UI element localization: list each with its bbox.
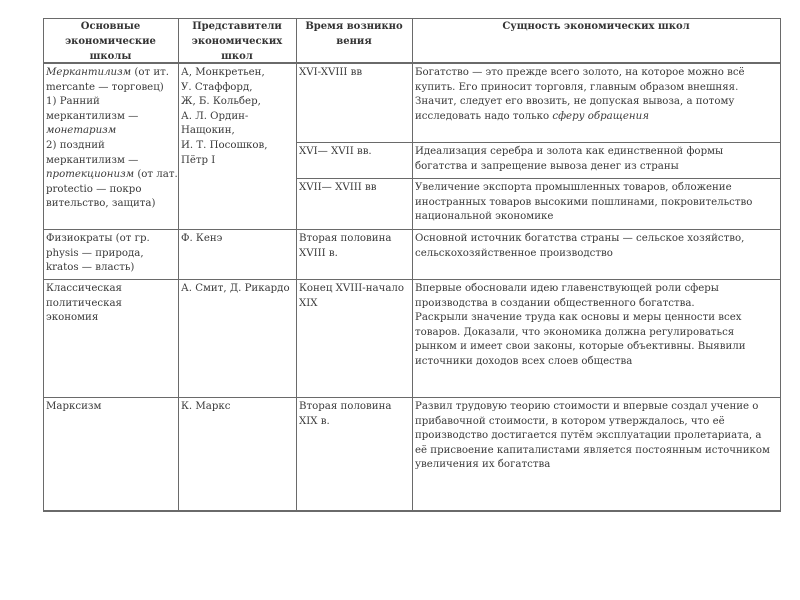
cell-representatives-mercantilism: А, Монкретьен,У. Стаффорд,Ж, Б. Кольбер,… [179, 64, 296, 229]
header-time: Время возникновения [297, 19, 412, 62]
text-line: 2) поздний [46, 139, 175, 154]
text-line: XIX в. [299, 415, 409, 430]
text-line: её присвоение капиталистами является пос… [415, 444, 777, 459]
period-time: XVII— XVIII вв [299, 181, 409, 196]
text-line: политическая [46, 297, 175, 312]
cell-representatives-marxism: К. Маркс [179, 398, 296, 511]
text-line: Время возникно [299, 20, 409, 35]
text-line: Раскрыли значение труда как основы и мер… [415, 311, 777, 326]
cell-representatives-classical: А. Смит, Д. Рикардо [179, 280, 296, 397]
text-line: экономических [181, 35, 293, 50]
header-representatives: Представителиэкономическихшкол [179, 19, 296, 62]
text-line: У. Стаффорд, [181, 81, 293, 96]
cell-time-period: XVI-XVIII вв [297, 64, 412, 142]
text-line: Классическая [46, 282, 175, 297]
cell-essence-marxism: Развил трудовую теорию стоимости и вперв… [413, 398, 780, 511]
text-line: увеличения их богатства [415, 458, 777, 473]
text-line: Сущность экономических школ [415, 20, 777, 35]
cell-school-physiocrats: Физиократы (от гр.physis — природа,krato… [44, 230, 178, 279]
text-line: купить. Его приносит торговля, главным о… [415, 81, 777, 96]
text-line: экономические [46, 35, 175, 50]
cell-essence-physiocrats: Основной источник богатства страны — сел… [413, 230, 780, 279]
text-line: Развил трудовую теорию стоимости и вперв… [415, 400, 777, 415]
period-time: XVI-XVIII вв [299, 66, 409, 81]
text-line: производства в создании общественного бо… [415, 297, 777, 312]
text-line: Меркантилизм (от ит. [46, 66, 175, 81]
text-line: рынком и имеет свои законы, которые объе… [415, 340, 777, 355]
cell-essence-period: Увеличение экспорта промышленных товаров… [413, 179, 780, 229]
text-line: сельскохозяйственное производство [415, 247, 777, 262]
text-line: kratos — власть) [46, 261, 175, 276]
text-line: национальной экономике [415, 210, 777, 225]
text-line: К. Маркс [181, 400, 293, 415]
cell-school-mercantilism: Меркантилизм (от ит.mercante — торговец)… [44, 64, 178, 229]
cell-essence-period: Богатство — это прежде всего золото, на … [413, 64, 780, 142]
cell-time-physiocrats: Вторая половинаXVIII в. [297, 230, 412, 279]
text-line: Ж, Б. Кольбер, [181, 95, 293, 110]
text-line: Вторая половина [299, 232, 409, 247]
header-essence: Сущность экономических школ [413, 19, 780, 62]
cell-time-classical: Конец XVIII-началоXIX [297, 280, 412, 397]
text-line: богатства и запрещение вывоза денег из с… [415, 160, 777, 175]
text-line: меркантилизм — [46, 110, 175, 125]
text-line: Пётр I [181, 154, 293, 169]
cell-essence-period: Идеализация серебра и золота как единств… [413, 143, 780, 178]
text-line: экономия [46, 311, 175, 326]
header-schools: Основныеэкономическиешколы [44, 19, 178, 62]
text-line: Представители [181, 20, 293, 35]
period-time: XVI— XVII вв. [299, 145, 409, 160]
text-line: товаров. Доказали, что экономика должна … [415, 326, 777, 341]
text-line: производство достигается путём эксплуата… [415, 429, 777, 444]
text-line: physis — природа, [46, 247, 175, 262]
cell-school-classical: Классическаяполитическаяэкономия [44, 280, 178, 397]
text-line: А, Монкретьен, [181, 66, 293, 81]
text-line: монетаризм [46, 124, 175, 139]
text-line: XIX [299, 297, 409, 312]
text-line: Ф. Кенэ [181, 232, 293, 247]
text-line: вения [299, 35, 409, 50]
text-line: protectio — покро [46, 183, 175, 198]
text-line: прибавочной стоимости, в котором утвержд… [415, 415, 777, 430]
text-line: исследовать надо только сферу обращения [415, 110, 777, 125]
text-line: XVIII в. [299, 247, 409, 262]
cell-time-marxism: Вторая половинаXIX в. [297, 398, 412, 511]
text-line: иностранных товаров высокими пошлинами, … [415, 196, 777, 211]
text-line: источники доходов всех слоев общества [415, 355, 777, 370]
economic-schools-table: Основныеэкономическиешколы Представители… [43, 18, 781, 512]
text-line: протекционизм (от лат. [46, 168, 175, 183]
text-line: Нащокин, [181, 124, 293, 139]
text-line: Вторая половина [299, 400, 409, 415]
text-line: Основные [46, 20, 175, 35]
cell-time-period: XVI— XVII вв. [297, 143, 412, 178]
text-line: меркантилизм — [46, 154, 175, 169]
text-line: Впервые обосновали идею главенствующей р… [415, 282, 777, 297]
cell-representatives-physiocrats: Ф. Кенэ [179, 230, 296, 279]
text-line: Физиократы (от гр. [46, 232, 175, 247]
cell-essence-classical: Впервые обосновали идею главенствующей р… [413, 280, 780, 397]
text-line: школ [181, 50, 293, 62]
text-line: Конец XVIII-начало [299, 282, 409, 297]
text-line: А. Л. Ордин- [181, 110, 293, 125]
text-line: 1) Ранний [46, 95, 175, 110]
text-line: Богатство — это прежде всего золото, на … [415, 66, 777, 81]
text-line: Основной источник богатства страны — сел… [415, 232, 777, 247]
text-line: вительство, защита) [46, 197, 175, 212]
text-line: Марксизм [46, 400, 175, 415]
cell-school-marxism: Марксизм [44, 398, 178, 511]
text-line: Идеализация серебра и золота как единств… [415, 145, 777, 160]
cell-time-period: XVII— XVIII вв [297, 179, 412, 229]
text-line: А. Смит, Д. Рикардо [181, 282, 293, 297]
text-line: mercante — торговец) [46, 81, 175, 96]
text-line: школы [46, 50, 175, 62]
text-line: И. Т. Посошков, [181, 139, 293, 154]
text-line: Увеличение экспорта промышленных товаров… [415, 181, 777, 196]
text-line: Значит, следует его ввозить, не допуская… [415, 95, 777, 110]
